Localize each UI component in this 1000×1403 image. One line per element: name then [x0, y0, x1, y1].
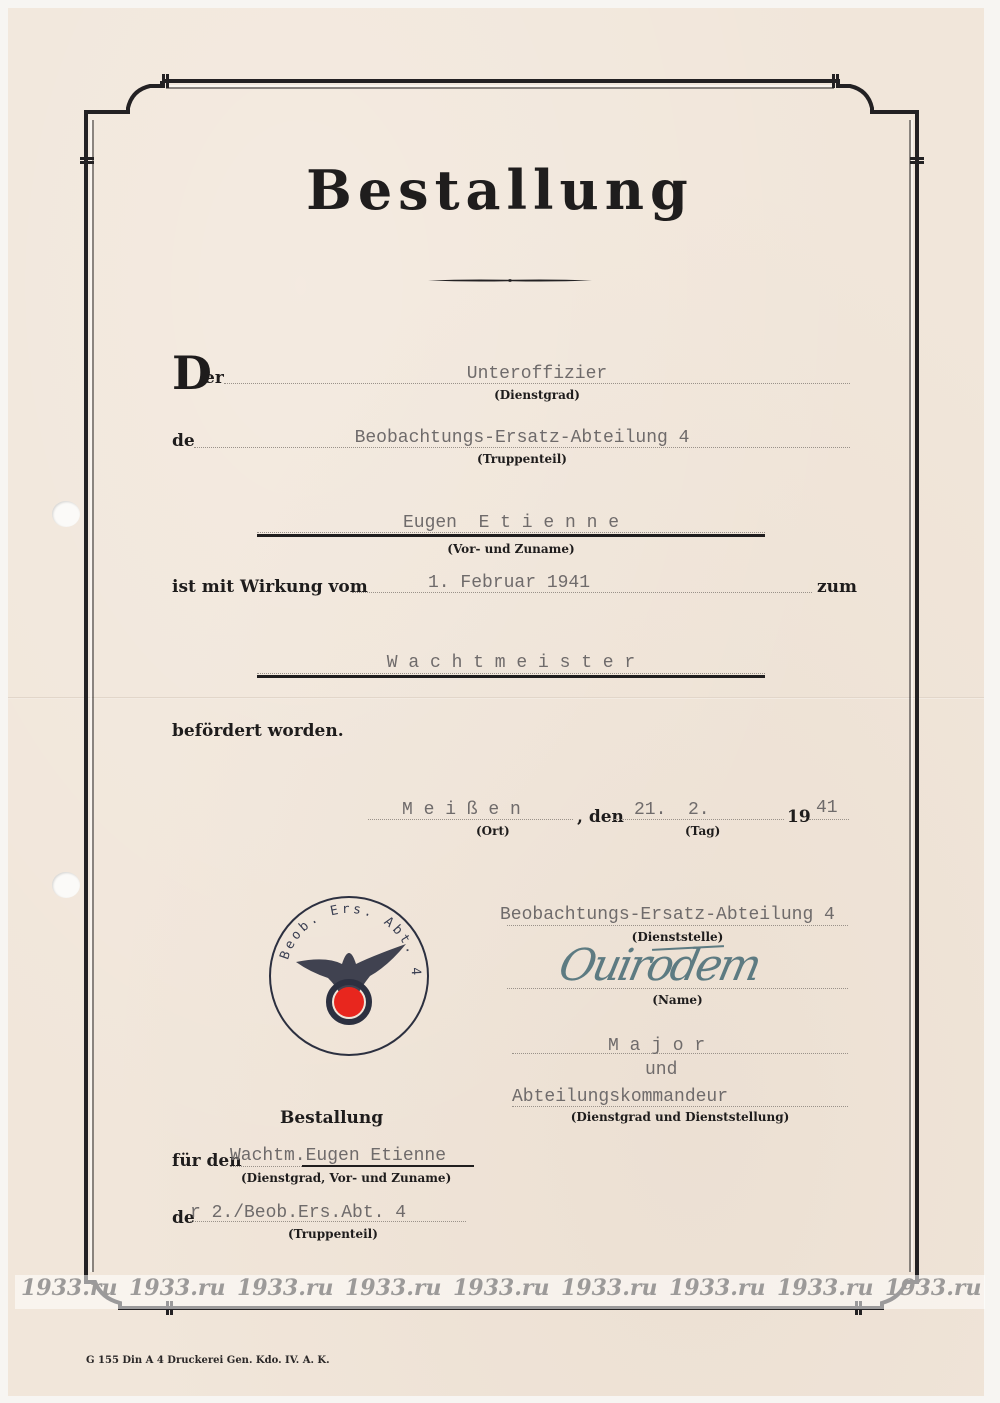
- name-value: Eugen E t i e n n e: [257, 513, 765, 533]
- commander-rank-und: und: [645, 1060, 677, 1080]
- watermark-text: 1933.ru: [21, 1275, 117, 1301]
- commander-position-value: Abteilungskommandeur: [512, 1087, 728, 1107]
- commander-rank-value: M a j o r: [608, 1036, 705, 1056]
- unit-caption: (Truppenteil): [194, 452, 850, 466]
- watermark-text: 1933.ru: [885, 1275, 981, 1301]
- eagle-emblem: [296, 944, 406, 994]
- day-value: 21. 2.: [634, 800, 710, 820]
- commander-rank-caption: (Dienstgrad und Dienststellung): [512, 1110, 848, 1124]
- printer-footer: G 155 Din A 4 Druckerei Gen. Kdo. IV. A.…: [86, 1355, 330, 1366]
- new-rank-value: W a c h t m e i s t e r: [257, 653, 765, 673]
- watermark-band: 1933.ru 1933.ru 1933.ru 1933.ru 1933.ru …: [15, 1275, 985, 1309]
- label-der: er: [204, 368, 224, 388]
- year-field-line: [809, 819, 849, 820]
- official-stamp: Beob. Ers. Abt. 4: [266, 894, 432, 1058]
- place-value: M e i ß e n: [402, 800, 521, 820]
- new-rank-field-dotted: [257, 673, 765, 674]
- office-field-line: [507, 925, 848, 926]
- watermark-text: 1933.ru: [669, 1275, 765, 1301]
- signature-caption: (Name): [507, 993, 848, 1007]
- new-rank-field-underline: [257, 675, 765, 678]
- watermark-text: 1933.ru: [129, 1275, 225, 1301]
- label-den: , den: [577, 807, 624, 827]
- day-caption: (Tag): [685, 824, 720, 838]
- red-seal-dot: [334, 987, 364, 1017]
- rank-value: Unteroffizier: [224, 364, 850, 384]
- stub-name-caption: (Dienstgrad, Vor- und Zuname): [241, 1171, 451, 1185]
- effective-date-value: 1. Februar 1941: [428, 573, 590, 593]
- place-caption: (Ort): [476, 824, 510, 838]
- promoted-text: befördert worden.: [172, 721, 344, 741]
- unit-value: Beobachtungs-Ersatz-Abteilung 4: [194, 428, 850, 448]
- year-value: 41: [816, 798, 838, 818]
- stub-title: Bestallung: [280, 1108, 383, 1128]
- watermark-text: 1933.ru: [777, 1275, 873, 1301]
- label-zum: zum: [817, 577, 857, 597]
- watermark-text: 1933.ru: [345, 1275, 441, 1301]
- name-field-underline: [257, 534, 765, 537]
- label-effective-from: ist mit Wirkung vom: [172, 577, 368, 597]
- stub-unit-value: r 2./Beob.Ers.Abt. 4: [190, 1203, 406, 1223]
- stub-name-value: Wachtm.Eugen Etienne: [230, 1146, 446, 1166]
- watermark-text: 1933.ru: [237, 1275, 333, 1301]
- rank-caption: (Dienstgrad): [224, 388, 850, 402]
- watermark-text: 1933.ru: [453, 1275, 549, 1301]
- office-value: Beobachtungs-Ersatz-Abteilung 4: [500, 905, 835, 925]
- name-caption: (Vor- und Zuname): [257, 542, 765, 556]
- commander-signature: Ouirodem: [555, 940, 764, 991]
- stub-unit-caption: (Truppenteil): [288, 1227, 378, 1241]
- document-title: Bestallung: [0, 158, 1000, 222]
- label-de: de: [172, 431, 195, 451]
- century-label: 19: [787, 807, 811, 827]
- title-ornament-rule: [428, 279, 592, 282]
- watermark-text: 1933.ru: [561, 1275, 657, 1301]
